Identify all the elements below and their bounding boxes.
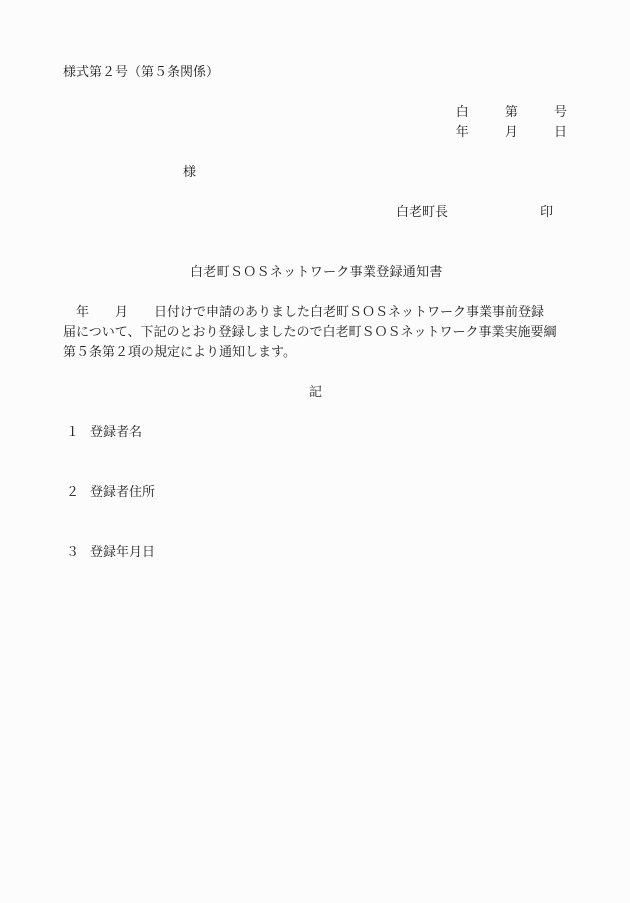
addressee: 様 <box>183 163 196 183</box>
item-number: １ <box>66 423 90 443</box>
item-label: 登録年月日 <box>90 545 155 560</box>
date-day: 日 <box>522 123 567 143</box>
item-number: ３ <box>66 543 90 563</box>
list-item-registrant-address: ２登録者住所 <box>66 483 155 503</box>
item-label: 登録者住所 <box>90 485 155 500</box>
reference-dai: 第 <box>473 103 518 123</box>
seal-mark: 印 <box>540 203 553 223</box>
body-line: 年 月 日付けで申請のありました白老町ＳＯＳネットワーク事業事前登録 <box>63 303 569 323</box>
document-title: 白老町ＳＯＳネットワーク事業登録通知書 <box>190 263 443 283</box>
ki-heading: 記 <box>309 383 322 403</box>
list-item-registration-date: ３登録年月日 <box>66 543 155 563</box>
sender: 白老町長 <box>396 203 448 223</box>
body-line: 届について、下記のとおり登録しましたので白老町ＳＯＳネットワーク事業実施要綱 <box>63 323 569 343</box>
form-number: 様式第２号（第５条関係） <box>63 63 219 83</box>
item-number: ２ <box>66 483 90 503</box>
body-paragraph: 年 月 日付けで申請のありました白老町ＳＯＳネットワーク事業事前登録 届について… <box>63 303 569 363</box>
reference-prefix: 白 <box>456 103 469 123</box>
reference-number: 白 第 号 <box>456 103 567 123</box>
item-label: 登録者名 <box>90 425 142 440</box>
list-item-registrant-name: １登録者名 <box>66 423 142 443</box>
date-year: 年 <box>456 123 469 143</box>
body-line: 第５条第２項の規定により通知します。 <box>63 343 569 363</box>
date-month: 月 <box>473 123 518 143</box>
reference-go: 号 <box>522 103 567 123</box>
issue-date: 年 月 日 <box>456 123 567 143</box>
